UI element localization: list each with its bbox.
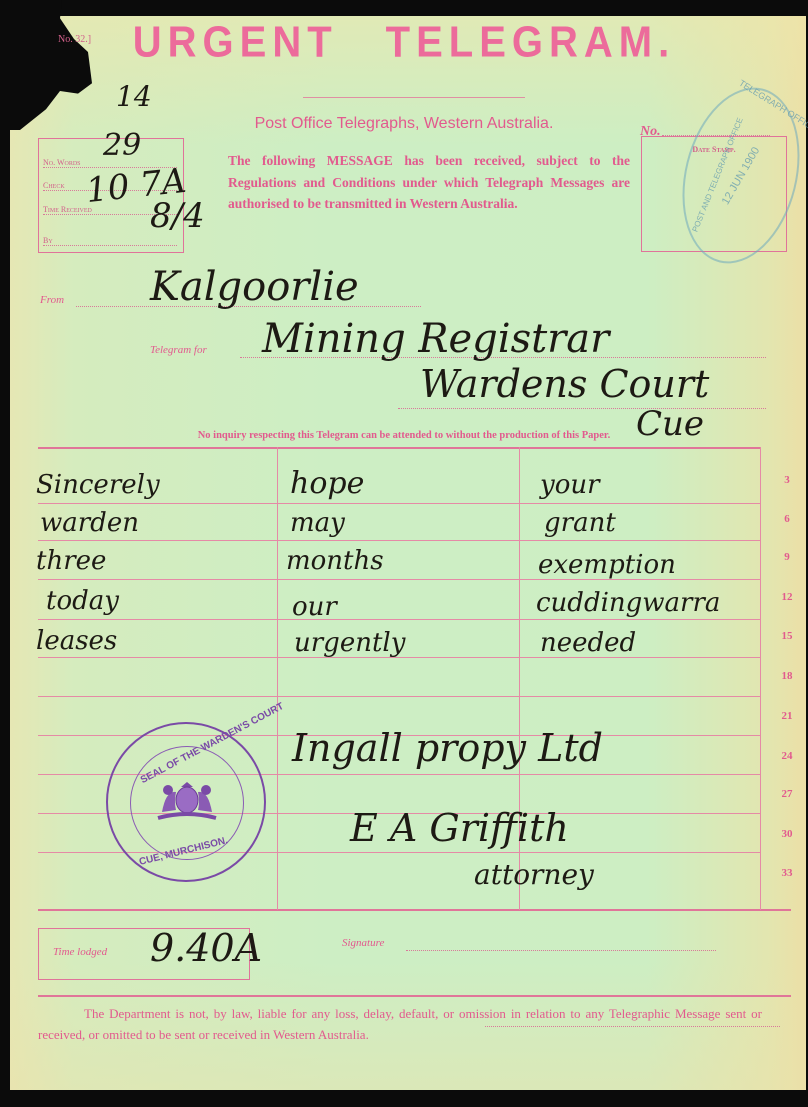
- message-word: exemption: [538, 550, 676, 580]
- column-divider: [760, 447, 761, 910]
- title-word-telegram: TELEGRAM.: [386, 18, 676, 66]
- row-number: 18: [775, 670, 799, 682]
- message-word: warden: [40, 508, 139, 538]
- grid-rule: [38, 619, 761, 620]
- message-word: may: [290, 508, 345, 538]
- signature-name: E A Griffith: [350, 806, 569, 850]
- wardens-court-seal: SEAL OF THE WARDEN'S COURT CUE, MURCHISO…: [106, 722, 266, 882]
- time-lodged-value: 9.40A: [150, 926, 262, 970]
- row-number: 27: [775, 788, 799, 800]
- message-word: today: [46, 586, 119, 616]
- message-word: grant: [544, 508, 616, 538]
- telegram-for-label: Telegram for: [150, 344, 207, 356]
- time-lodged-label: Time lodged: [53, 946, 107, 958]
- row-number: 15: [775, 630, 799, 642]
- from-label: From: [40, 294, 64, 306]
- grid-rule: [38, 540, 761, 541]
- message-word: months: [286, 546, 384, 576]
- by-field[interactable]: By: [43, 236, 177, 246]
- title-rule: [303, 97, 525, 98]
- handwritten-top-mark: 14: [116, 80, 152, 113]
- address-line-2[interactable]: [398, 408, 766, 409]
- message-word: needed: [540, 628, 636, 658]
- message-word: your: [540, 470, 600, 500]
- message-word: our: [292, 592, 337, 622]
- grid-rule: [38, 503, 761, 504]
- grid-rule: [38, 696, 761, 697]
- handwritten-word-count: 29: [103, 128, 141, 163]
- title-word-urgent: URGENT: [133, 18, 338, 66]
- handwritten-date: 8/4: [150, 196, 205, 236]
- row-number: 12: [775, 591, 799, 603]
- message-word: hope: [290, 466, 364, 501]
- inquiry-notice: No inquiry respecting this Telegram can …: [0, 430, 808, 441]
- row-number: 24: [775, 750, 799, 762]
- message-word: leases: [36, 626, 117, 656]
- row-number: 33: [775, 867, 799, 879]
- row-number: 9: [775, 551, 799, 563]
- page-title: URGENTTELEGRAM.: [0, 18, 808, 68]
- to-line-2: Wardens Court: [420, 362, 709, 406]
- scan-border: [0, 1090, 808, 1107]
- footer-rule: [38, 995, 791, 997]
- message-word: cuddingwarra: [536, 588, 720, 618]
- message-word: Sincerely: [36, 470, 160, 500]
- row-number: 21: [775, 710, 799, 722]
- signature-field[interactable]: [406, 950, 716, 951]
- grid-rule: [38, 447, 761, 449]
- from-value: Kalgoorlie: [150, 264, 359, 310]
- royal-coat-of-arms-icon: [154, 778, 220, 822]
- column-divider: [277, 447, 278, 910]
- signature-label: Signature: [342, 937, 384, 949]
- to-line-1: Mining Registrar: [262, 316, 609, 362]
- message-word: urgently: [294, 628, 405, 658]
- row-number: 30: [775, 828, 799, 840]
- row-number: 6: [775, 513, 799, 525]
- row-number: 3: [775, 474, 799, 486]
- message-word: three: [36, 546, 106, 576]
- signature-company: Ingall propy Ltd: [292, 726, 603, 770]
- liability-disclaimer: The Department is not, by law, liable fo…: [38, 1003, 762, 1045]
- intro-paragraph: The following MESSAGE has been received,…: [228, 150, 630, 215]
- signature-title: attorney: [474, 858, 594, 891]
- grid-rule: [38, 909, 791, 911]
